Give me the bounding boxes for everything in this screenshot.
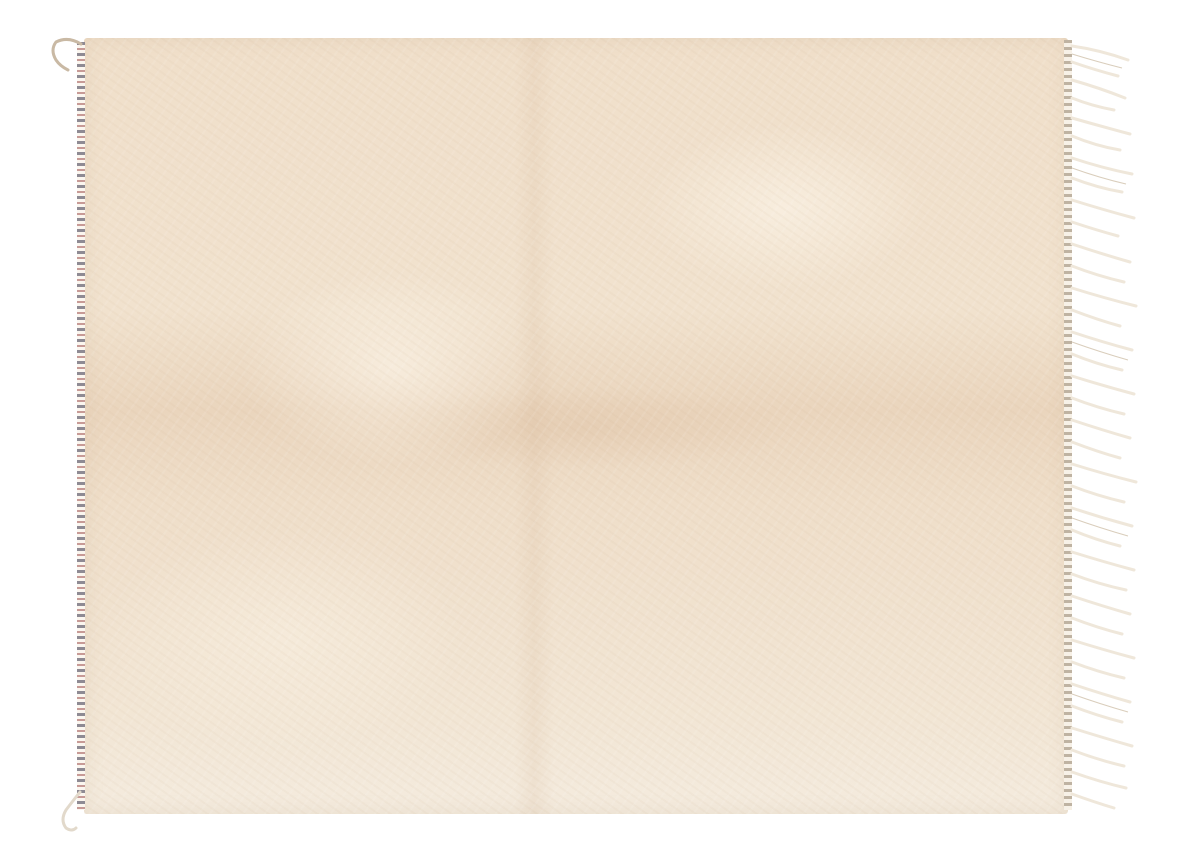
bottom-left-tassel — [56, 790, 96, 840]
left-selvedge — [77, 42, 85, 810]
right-fringe — [1070, 40, 1150, 820]
top-left-tassel — [48, 36, 88, 86]
rug-body — [84, 38, 1068, 814]
